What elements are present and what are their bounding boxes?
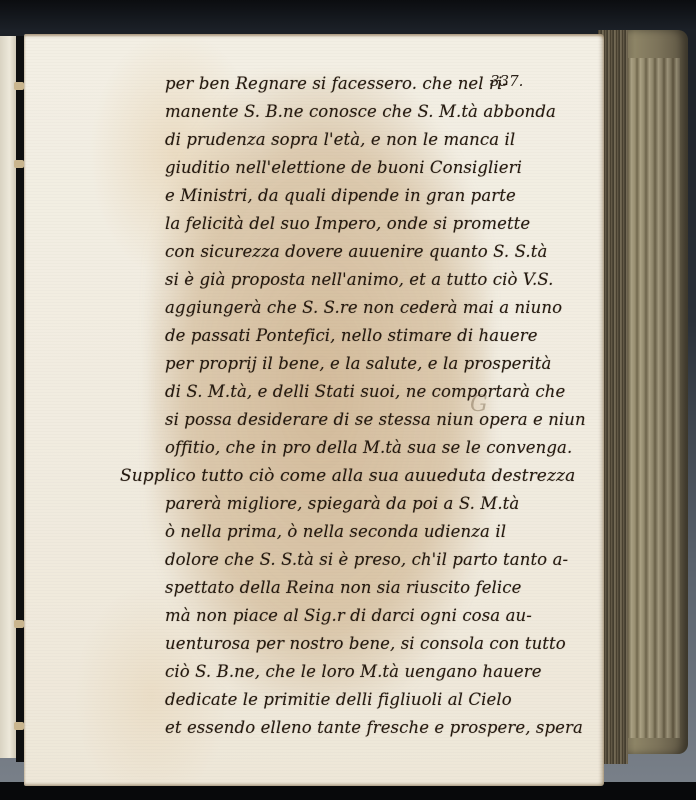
manuscript-line: de passati Pontefici, nello stimare di h…: [165, 326, 538, 345]
cover-page-edges: [622, 58, 680, 738]
manuscript-line: manente S. B.ne conosce che S. M.tà abbo…: [165, 102, 556, 121]
manuscript-line: Supplico tutto ciò come alla sua auuedut…: [120, 466, 575, 486]
manuscript-line: ò nella prima, ò nella seconda udienza i…: [165, 522, 506, 541]
manuscript-line: di S. M.tà, e delli Stati suoi, ne compo…: [165, 382, 565, 401]
manuscript-line: offitio, che in pro della M.tà sua se le…: [165, 438, 572, 457]
manuscript-line: per proprij il bene, e la salute, e la p…: [165, 354, 551, 373]
manuscript-line: per ben Regnare si facessero. che nel ri…: [165, 74, 508, 93]
binding-stitch: [14, 160, 24, 168]
binding-stitch: [14, 722, 24, 730]
manuscript-line: aggiungerà che S. S.re non cederà mai a …: [165, 298, 562, 317]
manuscript-line: e Ministri, da quali dipende in gran par…: [165, 186, 516, 205]
manuscript-line: dolore che S. S.tà si è preso, ch'il par…: [165, 550, 568, 569]
manuscript-line: spettato della Reina non sia riuscito fe…: [165, 578, 522, 597]
manuscript-line: ciò S. B.ne, che le loro M.tà uengano ha…: [165, 662, 542, 681]
manuscript-line: dedicate le primitie delli figliuoli al …: [165, 690, 512, 709]
manuscript-line: la felicità del suo Impero, onde si prom…: [165, 214, 530, 233]
manuscript-line: di prudenza sopra l'età, e non le manca …: [165, 130, 515, 149]
manuscript-line: et essendo elleno tante fresche e prospe…: [165, 718, 583, 737]
manuscript-line: giuditio nell'elettione de buoni Consigl…: [165, 158, 522, 177]
facing-page-edge: [0, 36, 17, 758]
manuscript-line: si possa desiderare di se stessa niun op…: [165, 410, 586, 429]
manuscript-line: mà non piace al Sig.r di darci ogni cosa…: [165, 606, 532, 625]
binding-gutter: [16, 36, 24, 762]
manuscript-line: si è già proposta nell'animo, et a tutto…: [165, 270, 554, 289]
manuscript-line: parerà migliore, spiegarà da poi a S. M.…: [165, 494, 519, 513]
manuscript-line: uenturosa per nostro bene, si consola co…: [165, 634, 566, 653]
binding-stitch: [14, 620, 24, 628]
binding-stitch: [14, 82, 24, 90]
scan-top-edge: [0, 0, 696, 30]
manuscript-line: con sicurezza dovere auuenire quanto S. …: [165, 242, 547, 261]
